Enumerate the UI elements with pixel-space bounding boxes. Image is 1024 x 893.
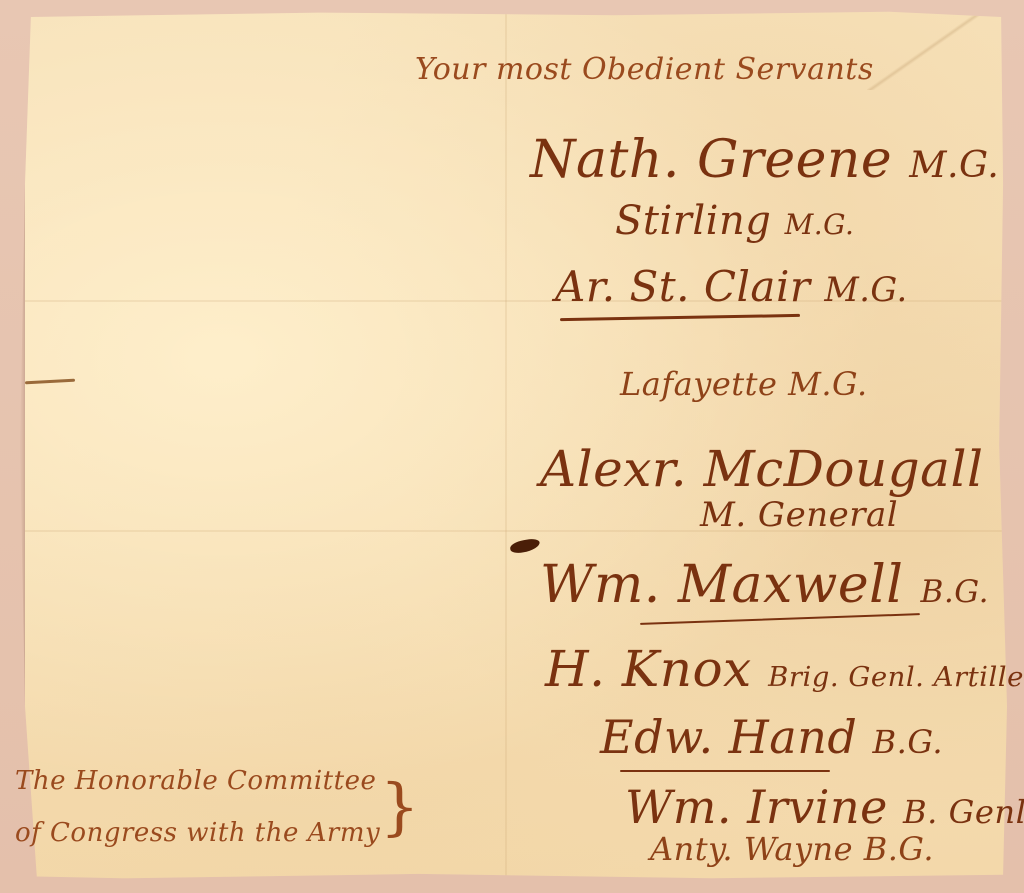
- signature-rank: M.G.: [785, 208, 855, 241]
- address-block: The Honorable Committee of Congress with…: [15, 755, 380, 859]
- signature-lafayette: Lafayette M.G.: [620, 365, 868, 403]
- signature-name: H. Knox: [545, 640, 752, 698]
- signature-name: Nath. Greene: [530, 130, 892, 190]
- signature-name: Lafayette: [620, 365, 777, 403]
- signature-mcdougall: Alexr. McDougall: [540, 440, 983, 498]
- address-brace: }: [380, 770, 419, 843]
- signature-rank: Brig. Genl. Artillery: [768, 661, 1024, 693]
- address-line-2: of Congress with the Army: [15, 807, 380, 859]
- signature-rank: M.G.: [788, 365, 868, 403]
- signature-rank: B.G.: [920, 574, 989, 610]
- signature-rank: B.G.: [864, 830, 934, 868]
- signature-rank: M.G.: [824, 270, 907, 309]
- signature-knox: H. Knox Brig. Genl. Artillery: [545, 640, 1024, 698]
- signature-name: Wm. Maxwell: [540, 555, 903, 615]
- signature-name: Ar. St. Clair: [555, 262, 810, 311]
- address-line-1: The Honorable Committee: [15, 755, 380, 807]
- signature-greene: Nath. Greene M.G.: [530, 130, 999, 190]
- fold-line: [505, 10, 507, 880]
- signature-flourish: [620, 770, 830, 772]
- signature-rank: M.G.: [909, 143, 999, 186]
- signature-irvine: Wm. Irvine B. Genl.: [625, 780, 1024, 834]
- signature-hand: Edw. Hand B.G.: [600, 710, 943, 764]
- signature-name: Stirling: [615, 198, 771, 244]
- signature-rank: B.G.: [872, 723, 943, 761]
- signature-name: Wm. Irvine: [625, 780, 888, 834]
- signature-name: Edw. Hand: [600, 710, 857, 764]
- signature-maxwell: Wm. Maxwell B.G.: [540, 555, 989, 615]
- corner-crease: [867, 10, 987, 90]
- signature-stirling: Stirling M.G.: [615, 198, 854, 244]
- signature-rank-mcdougall: M. General: [700, 495, 898, 535]
- signature-st-clair: Ar. St. Clair M.G.: [555, 262, 908, 311]
- signature-rank: B. Genl.: [903, 793, 1024, 831]
- signature-name: Anty. Wayne: [650, 830, 853, 868]
- closing-salutation: Your most Obedient Servants: [415, 52, 874, 87]
- signature-wayne: Anty. Wayne B.G.: [650, 830, 934, 868]
